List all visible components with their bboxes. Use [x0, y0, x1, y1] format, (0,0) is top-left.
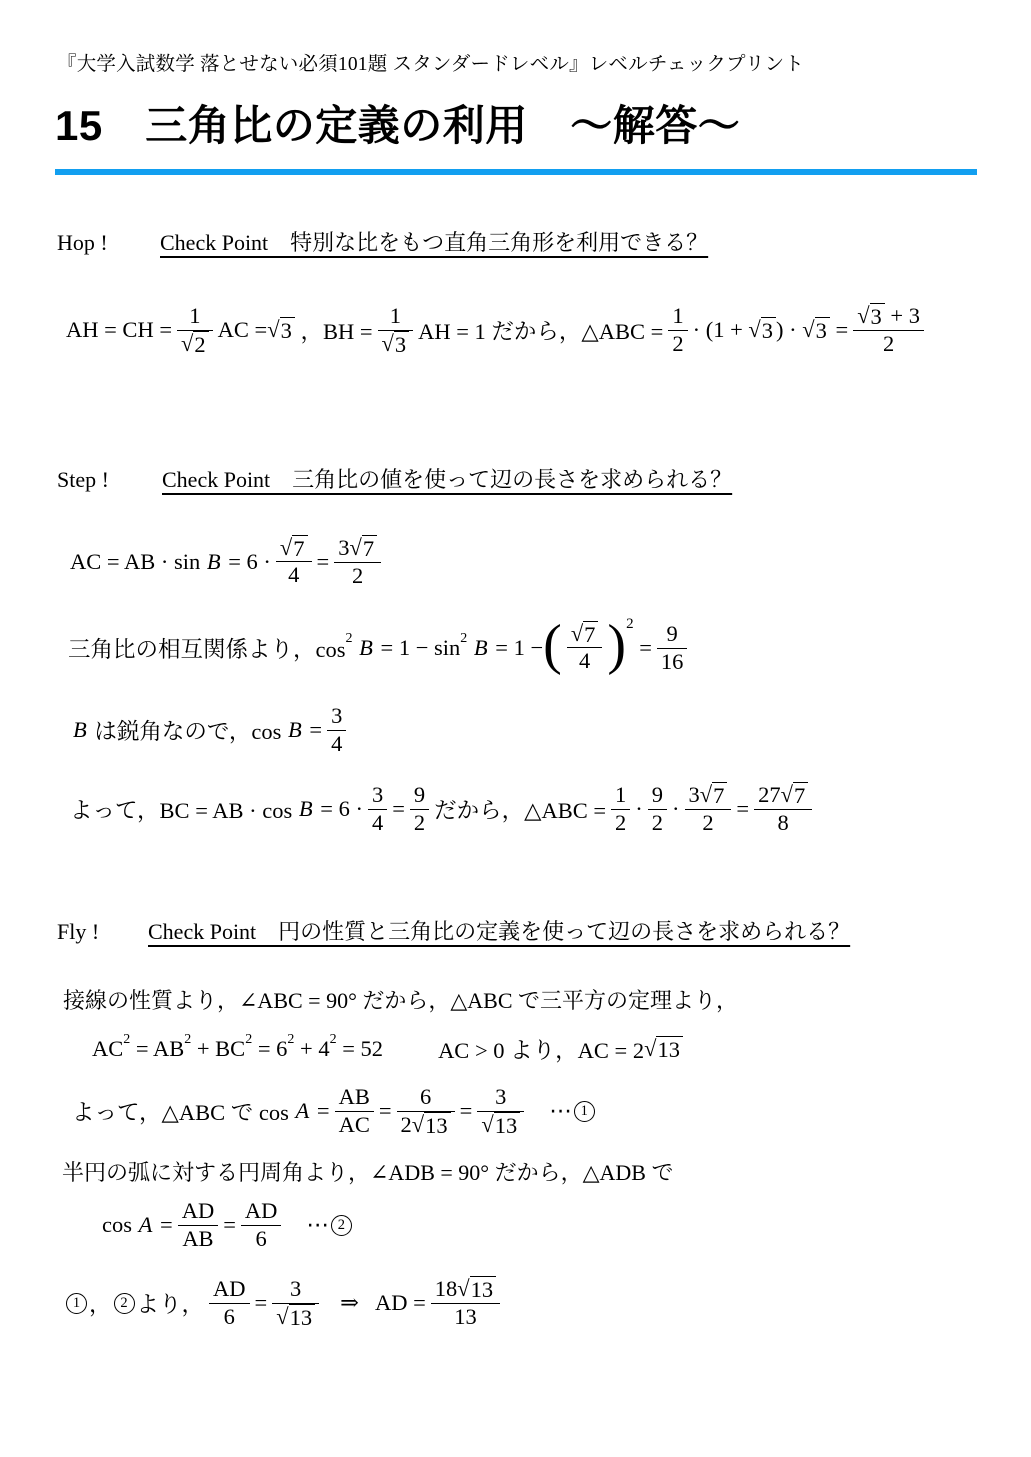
numerator: 9 — [410, 782, 429, 809]
check-point-step: Check Point 三角比の値を使って辺の長さを求められる？ — [162, 463, 732, 494]
numerator: 3 — [368, 782, 387, 809]
square-root: √13 — [644, 1036, 683, 1062]
line-tangent-property: 接線の性質より，∠ABC = 90° だから，△ABC で三平方の定理より， — [63, 984, 738, 1015]
radical-sign: √ — [781, 782, 793, 807]
math-variable: B — [72, 717, 89, 743]
radicand: 13 — [470, 1276, 497, 1302]
math-text: 1 — [672, 303, 683, 330]
math-text: AD = — [375, 1290, 426, 1316]
denominator: √13 — [477, 1112, 524, 1138]
math-text: 2 — [401, 1112, 412, 1139]
fraction: 34 — [327, 703, 346, 757]
radicand: 7 — [793, 782, 808, 808]
math-text: AC = AB · sin — [70, 549, 206, 575]
square-root: √13 — [276, 1304, 315, 1330]
square-root: √7 — [280, 535, 308, 561]
section-heading-fly: Fly ! Check Point 円の性質と三角比の定義を使って辺の長さを求め… — [57, 915, 850, 946]
formula-step-area: よって，BC = AB · cos B = 6 ·34=92だから，△ABC =… — [70, 782, 817, 836]
radical-sign: √ — [280, 535, 292, 560]
math-text: 2 — [352, 563, 363, 590]
radical-sign: √ — [857, 303, 869, 328]
denominator: 2 — [410, 810, 429, 837]
numerator: √7 — [276, 535, 312, 561]
math-text: · — [635, 796, 643, 822]
radicand: 3 — [394, 331, 409, 357]
math-text: = 1 − — [490, 635, 544, 661]
math-variable: A — [138, 1212, 155, 1238]
denominator: 16 — [657, 649, 688, 676]
section-label-fly: Fly ! — [57, 919, 148, 945]
denominator: √2 — [177, 331, 213, 357]
math-text: 27 — [758, 782, 781, 809]
fraction: 34 — [368, 782, 387, 836]
fraction: 3√72 — [685, 782, 732, 836]
math-text: 4 — [331, 731, 342, 758]
math-text: 6 — [224, 1304, 235, 1331]
section-label-step: Step ! — [57, 467, 162, 493]
math-text: ， — [89, 1287, 112, 1319]
square-root: √13 — [481, 1112, 520, 1138]
math-big-paren: ) — [607, 617, 626, 673]
radicand: 7 — [362, 535, 377, 561]
square-root: √7 — [571, 621, 599, 647]
math-text: 2 — [883, 331, 894, 358]
radicand: 13 — [424, 1112, 451, 1138]
radical-sign: √ — [267, 317, 279, 342]
math-text: = 6 · — [223, 549, 271, 575]
math-text: 13 — [454, 1304, 477, 1331]
math-text: は鋭角なので，cos — [89, 714, 287, 746]
math-text: 4 — [579, 648, 590, 675]
circled-number-label: 1 — [574, 1101, 595, 1122]
formula-pythagoras: AC2 = AB2 + BC2 = 62 + 42 = 52AC > 0 より，… — [92, 1033, 683, 1065]
math-text: AB — [182, 1226, 213, 1253]
radicand: 3 — [761, 317, 776, 343]
math-text: 3 — [689, 782, 700, 809]
radicand: 13 — [289, 1304, 316, 1330]
radicand: 3 — [870, 303, 885, 329]
section-label-hop: Hop ! — [57, 230, 160, 256]
section-heading-hop: Hop ! Check Point 特別な比をもつ直角三角形を利用できる？ — [57, 226, 708, 257]
fraction: 18√1313 — [431, 1276, 500, 1330]
denominator: 13 — [450, 1304, 481, 1331]
math-text: 1 — [615, 782, 626, 809]
radical-sign: √ — [181, 331, 193, 356]
denominator: 2 — [611, 810, 630, 837]
fraction: 916 — [657, 621, 688, 675]
square-root: √7 — [349, 535, 377, 561]
check-point-hop: Check Point 特別な比をもつ直角三角形を利用できる？ — [160, 226, 708, 257]
math-text: ⋯ — [549, 1098, 572, 1124]
radicand: 13 — [656, 1036, 683, 1062]
math-text: 18 — [435, 1276, 458, 1303]
denominator: √3 — [378, 331, 414, 357]
math-text: AB — [339, 1084, 370, 1111]
math-text: = — [634, 635, 652, 661]
math-superscript: 2 — [287, 1032, 294, 1048]
math-text: 9 — [652, 782, 663, 809]
math-text: + BC — [191, 1036, 245, 1062]
formula-cos-a-adb: cos A =ADAB=AD6⋯2 — [102, 1198, 354, 1252]
numerator: 3 — [327, 703, 346, 730]
title-rule — [55, 169, 977, 175]
math-text: = — [379, 1098, 392, 1124]
radicand: 7 — [292, 535, 307, 561]
math-text: 3 — [331, 703, 342, 730]
fraction: 1√2 — [177, 303, 213, 357]
radical-sign: √ — [700, 782, 712, 807]
math-text: 1 — [189, 303, 200, 330]
square-root: √7 — [781, 782, 809, 808]
fraction: 12 — [668, 303, 687, 357]
math-text: = — [154, 1212, 172, 1238]
formula-step-cos-b: B は鋭角なので，cos B =34 — [72, 703, 351, 757]
math-variable: A — [295, 1098, 312, 1124]
radical-sign: √ — [571, 621, 583, 646]
denominator: 2 — [879, 331, 898, 358]
numerator: 1 — [185, 303, 204, 330]
math-text: 1 — [390, 303, 401, 330]
math-superscript: 2 — [626, 616, 634, 633]
radical-sign: √ — [802, 317, 814, 342]
math-superscript: 2 — [346, 631, 353, 647]
radical-sign: √ — [481, 1112, 493, 1137]
radical-sign: √ — [276, 1304, 288, 1329]
math-variable: B — [206, 549, 223, 575]
math-variable: B — [358, 635, 375, 661]
numerator: 18√13 — [431, 1276, 500, 1303]
math-text: 3 — [290, 1276, 301, 1303]
math-spacer — [359, 1303, 375, 1304]
math-text: ⋯ — [306, 1212, 329, 1238]
fraction: ABAC — [335, 1084, 374, 1138]
denominator: 2 — [648, 810, 667, 837]
square-root: √3 — [857, 303, 885, 329]
circled-number-label: 1 — [66, 1293, 87, 1314]
radical-sign: √ — [457, 1276, 469, 1301]
fraction: 3√72 — [334, 535, 381, 589]
radical-sign: √ — [748, 317, 760, 342]
math-text: = 6 · — [315, 796, 363, 822]
denominator: 4 — [368, 810, 387, 837]
denominator: 2 — [348, 563, 367, 590]
math-text: AC = — [218, 317, 268, 343]
numerator: 9 — [648, 782, 667, 809]
fraction: AD6 — [209, 1276, 250, 1330]
math-text: 半円の弧に対する円周角より，∠ADB = 90° だから，△ADB で — [62, 1156, 673, 1187]
math-text: + 3 — [885, 303, 920, 330]
section-heading-step: Step ! Check Point 三角比の値を使って辺の長さを求められる？ — [57, 463, 732, 494]
math-text: AD — [213, 1276, 246, 1303]
formula-step-ac: AC = AB · sin B = 6 ·√74=3√72 — [70, 535, 386, 589]
numerator: 3√7 — [685, 782, 732, 809]
math-variable: B — [298, 796, 315, 822]
numerator: 27√7 — [754, 782, 812, 809]
numerator: AB — [335, 1084, 374, 1111]
math-variable: B — [287, 717, 304, 743]
math-text: AC > 0 より，AC = 2 — [438, 1033, 644, 1065]
math-text: 3 — [372, 782, 383, 809]
math-text: ，BH = — [295, 314, 373, 346]
math-text: 接線の性質より，∠ABC = 90° だから，△ABC で三平方の定理より， — [63, 984, 738, 1015]
math-text: 3 — [338, 535, 349, 562]
radicand: 3 — [815, 317, 830, 343]
square-root: √7 — [700, 782, 728, 808]
fraction: AD6 — [241, 1198, 282, 1252]
math-text: AC — [92, 1036, 123, 1062]
math-text: = — [460, 1098, 473, 1124]
denominator: 4 — [284, 562, 303, 589]
fraction: 12 — [611, 782, 630, 836]
square-root: √2 — [181, 331, 209, 357]
square-root: √13 — [412, 1112, 451, 1138]
math-text: · — [672, 796, 680, 822]
numerator: 3√7 — [334, 535, 381, 562]
square-root: √13 — [457, 1276, 496, 1302]
math-text: = — [223, 1212, 236, 1238]
denominator: 8 — [774, 810, 793, 837]
header-line: 『大学入試数学 落とせない必須101題 スタンダードレベル』レベルチェックプリン… — [57, 48, 804, 76]
math-text: 4 — [372, 810, 383, 837]
math-text: = — [317, 549, 330, 575]
denominator: 2 — [698, 810, 717, 837]
math-text: 4 — [288, 562, 299, 589]
radicand: 3 — [280, 317, 295, 343]
denominator: 2 — [668, 331, 687, 358]
radical-sign: √ — [412, 1112, 424, 1137]
circled-number-label: 2 — [114, 1293, 135, 1314]
numerator: AD — [209, 1276, 250, 1303]
radicand: 7 — [712, 782, 727, 808]
square-root: √3 — [382, 331, 410, 357]
math-text: = — [392, 796, 405, 822]
math-text: + 4 — [294, 1036, 329, 1062]
formula-hop-area: AH = CH =1√2AC =√3 ，BH =1√3AH = 1 だから，△A… — [66, 303, 929, 357]
math-text: 16 — [661, 649, 684, 676]
math-text: AH = CH = — [66, 317, 172, 343]
radical-sign: √ — [349, 535, 361, 560]
radicand: 13 — [494, 1112, 521, 1138]
math-text: 6 — [420, 1084, 431, 1111]
numerator: 9 — [663, 621, 682, 648]
numerator: 3 — [286, 1276, 305, 1303]
math-text: = 52 — [337, 1036, 383, 1062]
denominator: 6 — [252, 1226, 271, 1253]
math-text: cos — [102, 1212, 138, 1238]
check-point-fly: Check Point 円の性質と三角比の定義を使って辺の長さを求められる？ — [148, 915, 850, 946]
denominator: 4 — [575, 648, 594, 675]
math-text: 8 — [778, 810, 789, 837]
formula-cos-a-abc: よって，△ABC で cos A =ABAC=62√13=3√13⋯1 — [72, 1084, 597, 1138]
math-text: = — [830, 317, 848, 343]
fraction: ADAB — [178, 1198, 219, 1252]
fraction: 1√3 — [378, 303, 414, 357]
denominator: AC — [335, 1112, 374, 1139]
math-text: 三角比の相互関係より，cos — [68, 632, 346, 664]
radical-sign: √ — [644, 1036, 656, 1061]
math-text: 2 — [414, 810, 425, 837]
page-title: 15 三角比の定義の利用 ～解答～ — [55, 93, 740, 153]
math-text: ) · — [776, 317, 802, 343]
math-text: ⇒ — [340, 1290, 359, 1316]
square-root: √3 — [267, 317, 295, 343]
denominator: √13 — [272, 1304, 319, 1330]
math-text: = — [255, 1290, 268, 1316]
math-text: だから，△ABC = — [434, 793, 606, 825]
numerator: √7 — [567, 621, 603, 647]
square-root: √3 — [802, 317, 830, 343]
math-superscript: 2 — [245, 1032, 252, 1048]
math-text: より， — [137, 1287, 205, 1319]
math-superscript: 2 — [184, 1032, 191, 1048]
denominator: AB — [178, 1226, 217, 1253]
math-text: = 6 — [252, 1036, 287, 1062]
math-text: · (1 + — [693, 317, 749, 343]
math-text: AD — [182, 1198, 215, 1225]
math-spacer — [324, 1303, 340, 1304]
math-spacer — [286, 1225, 306, 1226]
formula-ad-result: 1，2より，AD6=3√13⇒AD =18√1313 — [64, 1276, 505, 1330]
math-superscript: 2 — [123, 1032, 130, 1048]
math-text: 2 — [652, 810, 663, 837]
math-superscript: 2 — [460, 631, 467, 647]
radicand: 7 — [583, 621, 598, 647]
line-semicircle-angle: 半円の弧に対する円周角より，∠ADB = 90° だから，△ADB で — [62, 1156, 673, 1187]
numerator: 1 — [386, 303, 405, 330]
math-text: AC — [339, 1112, 370, 1139]
math-text: よって，BC = AB · cos — [70, 793, 298, 825]
numerator: 6 — [416, 1084, 435, 1111]
math-superscript: 2 — [330, 1032, 337, 1048]
math-text: = — [311, 1098, 329, 1124]
radicand: 2 — [193, 331, 208, 357]
numerator: AD — [178, 1198, 219, 1225]
fraction: √74 — [567, 621, 603, 675]
math-text: 9 — [414, 782, 425, 809]
fraction: 3√13 — [272, 1276, 319, 1330]
math-text: よって，△ABC で cos — [72, 1095, 295, 1127]
math-text: = AB — [130, 1036, 184, 1062]
math-variable: B — [473, 635, 490, 661]
math-text: 2 — [672, 331, 683, 358]
formula-step-cos-squared: 三角比の相互関係より，cos2 B = 1 − sin2 B = 1 −(√74… — [68, 620, 692, 676]
denominator: 6 — [220, 1304, 239, 1331]
numerator: AD — [241, 1198, 282, 1225]
numerator: 1 — [668, 303, 687, 330]
denominator: 2√13 — [397, 1112, 455, 1139]
circled-number-label: 2 — [331, 1215, 352, 1236]
fraction: 92 — [648, 782, 667, 836]
math-text: = — [736, 796, 749, 822]
math-text: 9 — [667, 621, 678, 648]
math-text: 3 — [495, 1084, 506, 1111]
radical-sign: √ — [382, 331, 394, 356]
fraction: 92 — [410, 782, 429, 836]
math-text: 2 — [615, 810, 626, 837]
square-root: √3 — [748, 317, 776, 343]
math-text: AD — [245, 1198, 278, 1225]
numerator: 3 — [491, 1084, 510, 1111]
fraction: 3√13 — [477, 1084, 524, 1138]
math-text: AH = 1 だから，△ABC = — [418, 314, 663, 346]
math-big-paren: ( — [543, 617, 562, 673]
math-text: = — [304, 717, 322, 743]
math-text: 6 — [256, 1226, 267, 1253]
math-spacer — [383, 1049, 438, 1050]
math-text: = 1 − sin — [375, 635, 460, 661]
denominator: 4 — [327, 731, 346, 758]
fraction: 62√13 — [397, 1084, 455, 1138]
math-spacer — [529, 1111, 549, 1112]
fraction: √74 — [276, 535, 312, 589]
fraction: √3 + 32 — [853, 303, 924, 357]
numerator: √3 + 3 — [853, 303, 924, 330]
math-text: 2 — [702, 810, 713, 837]
numerator: 1 — [611, 782, 630, 809]
fraction: 27√78 — [754, 782, 812, 836]
